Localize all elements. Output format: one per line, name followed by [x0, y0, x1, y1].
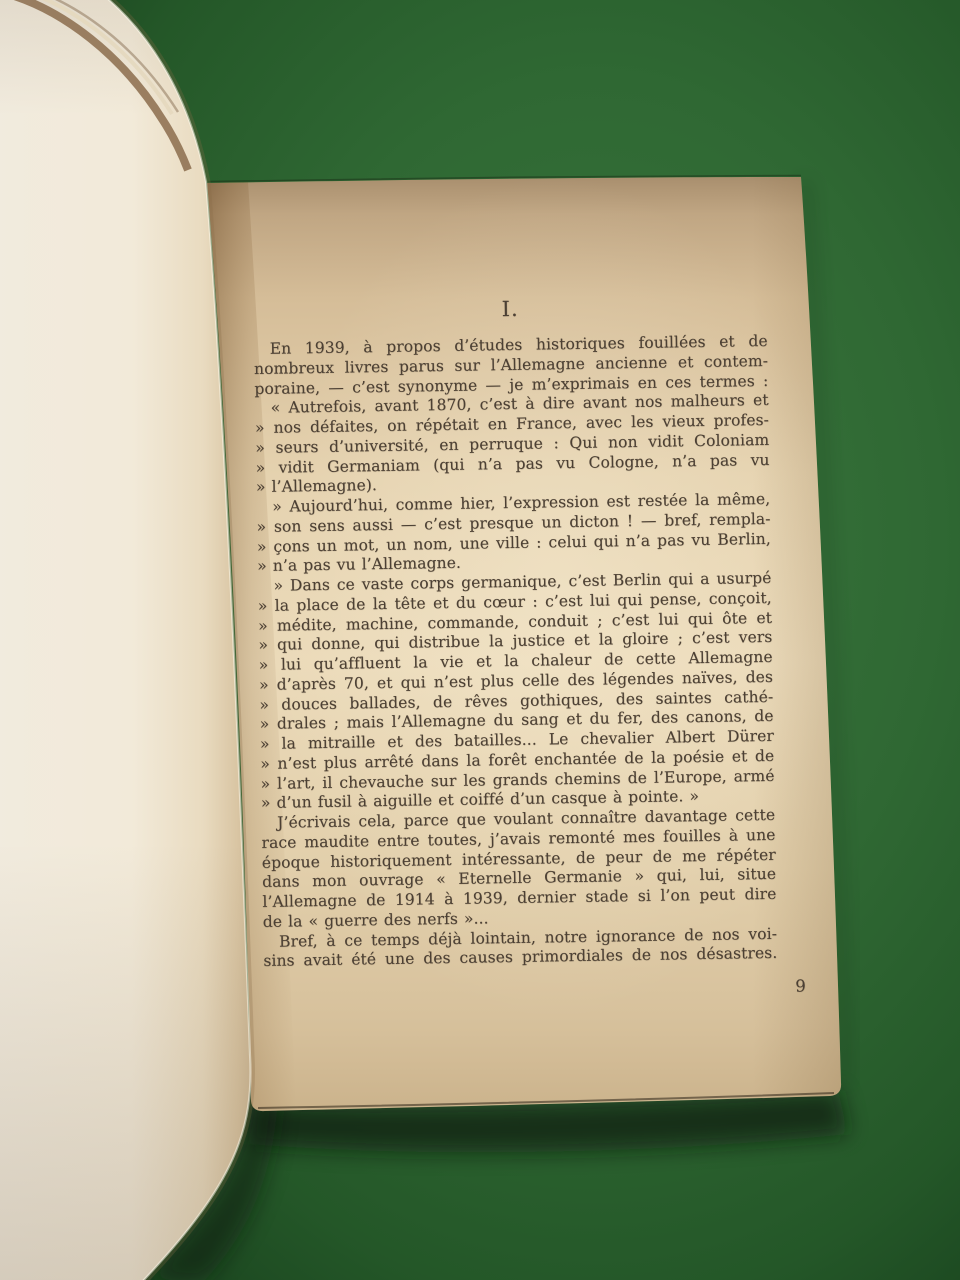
right-page-edge-shade: [207, 177, 841, 1111]
book-scene: [0, 0, 960, 1280]
book-photo: I. En 1939, à propos d’études historique…: [0, 0, 960, 1280]
